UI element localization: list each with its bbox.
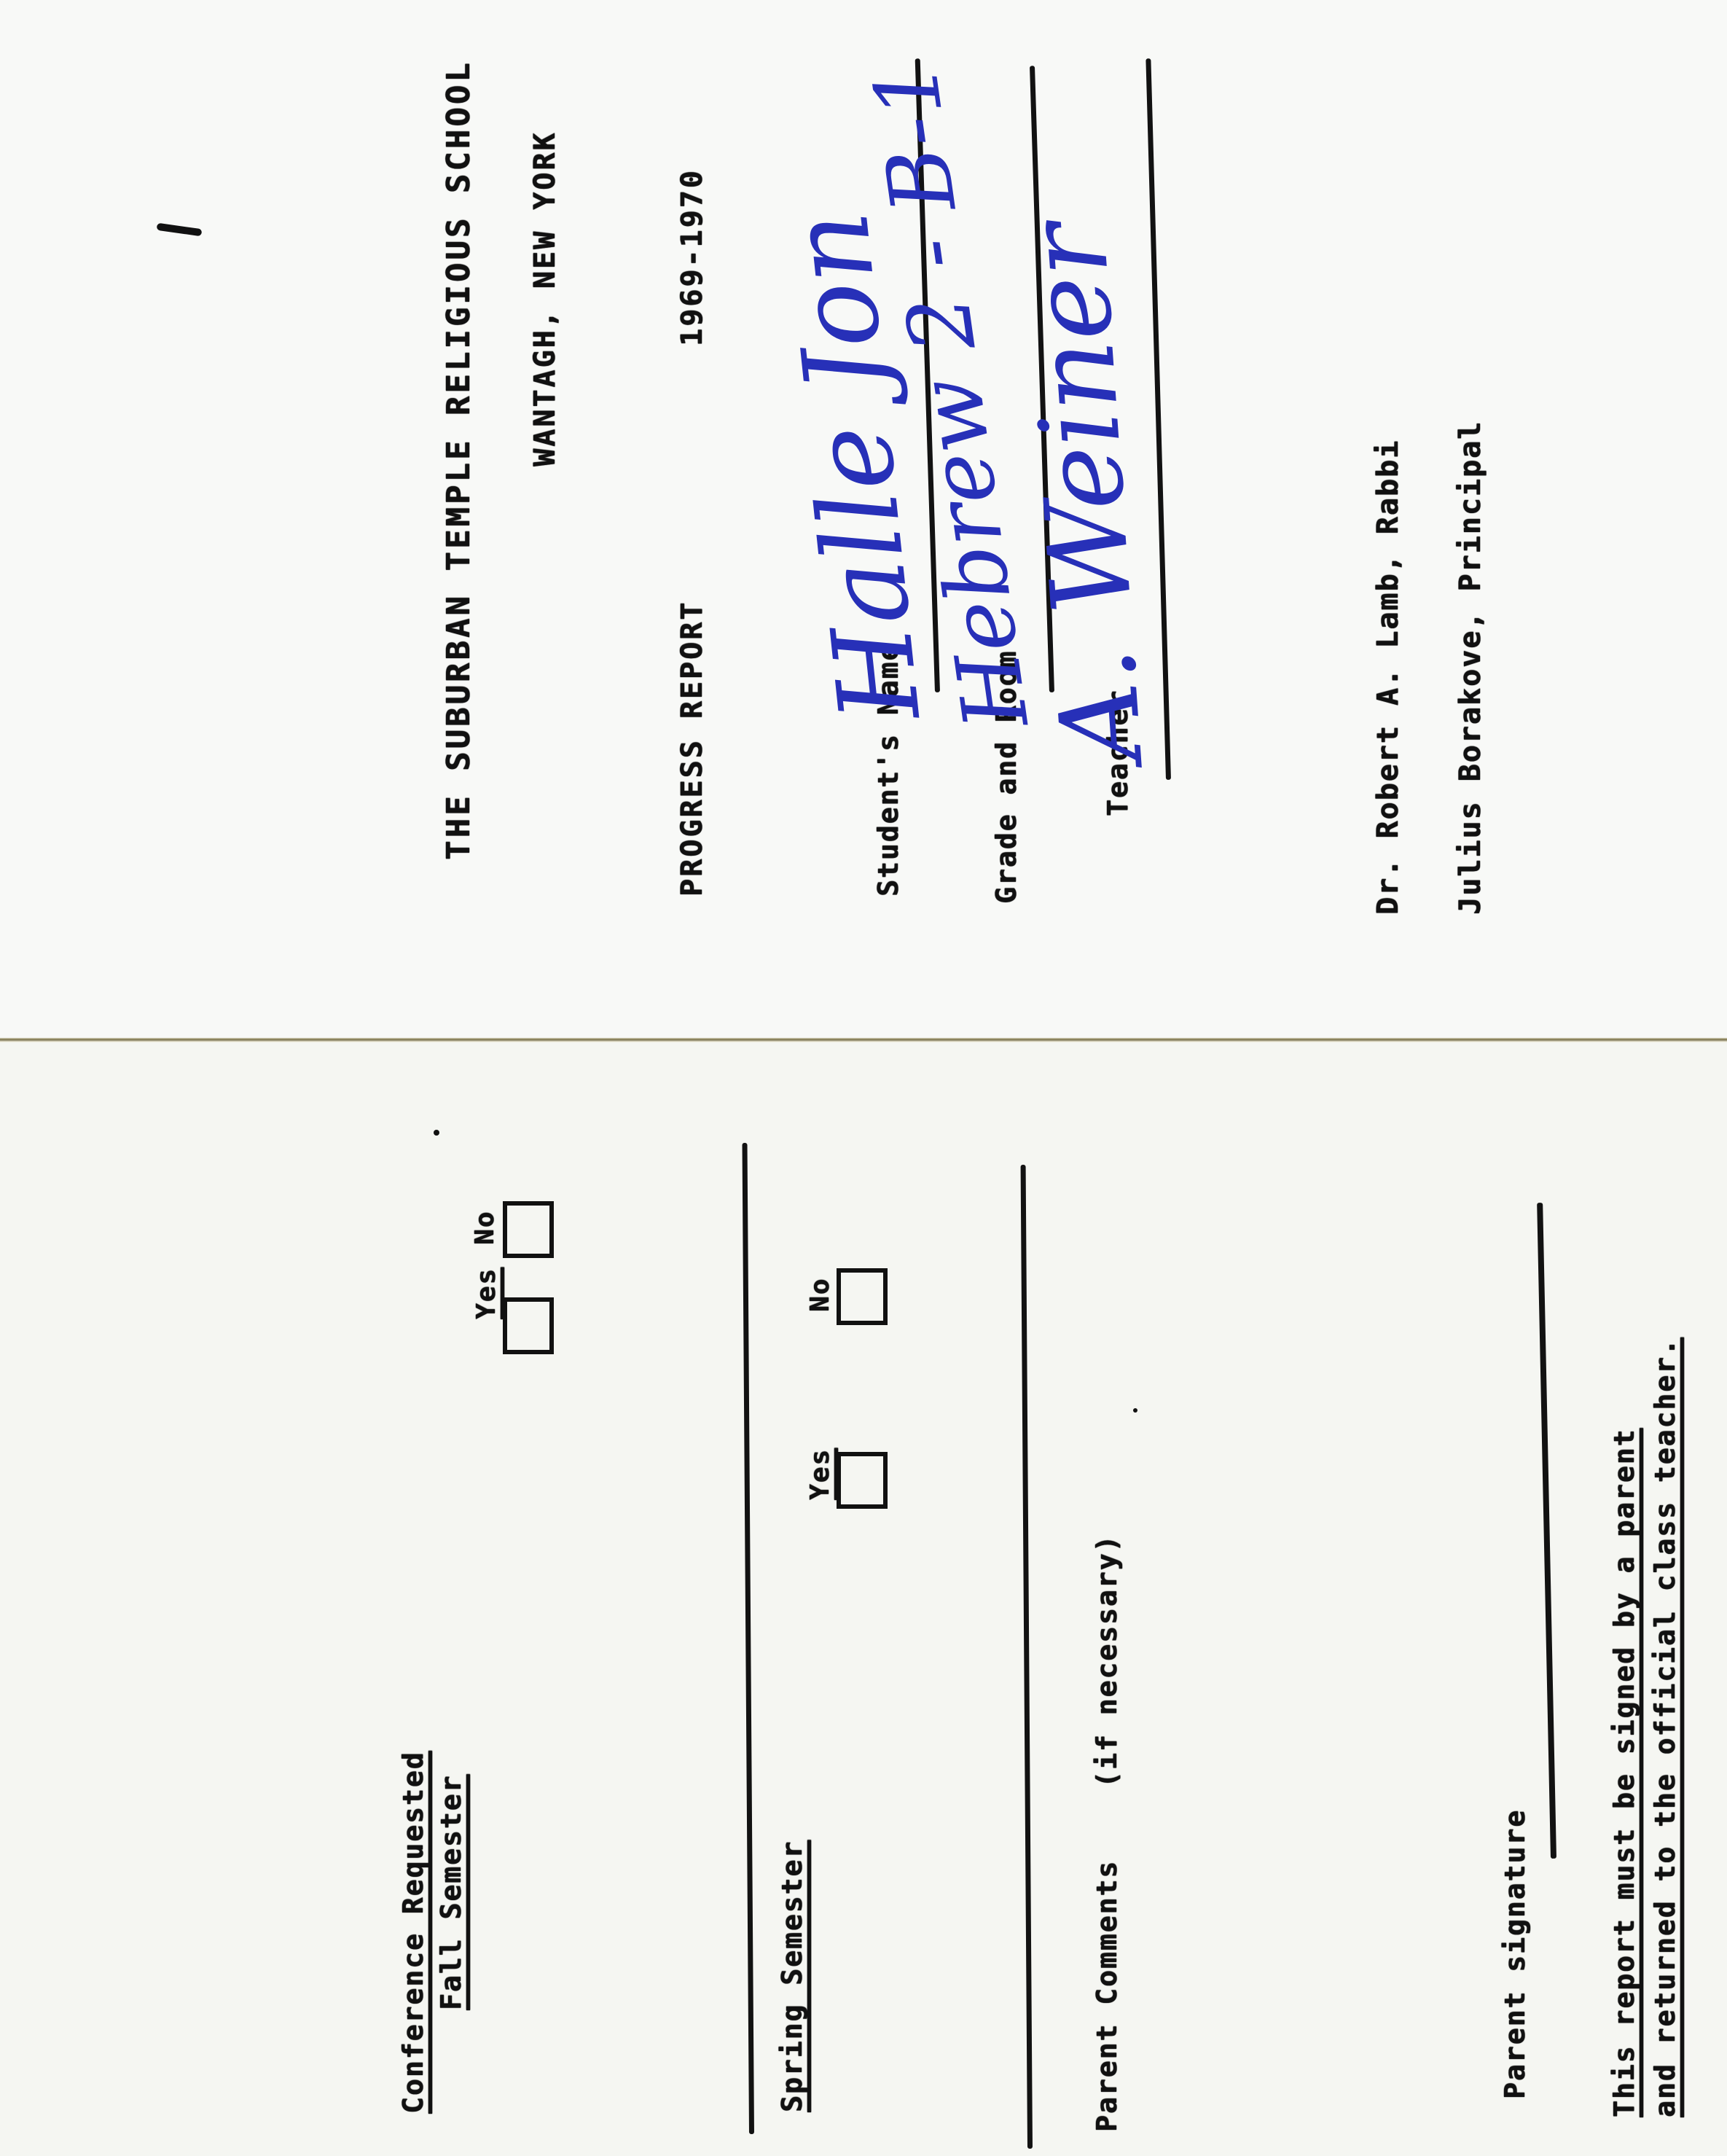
parent-comments-label: Parent Comments — [1093, 1860, 1121, 2132]
conference-requested-heading: Conference Requested — [399, 1751, 427, 2114]
spring-no-checkbox[interactable] — [837, 1268, 888, 1325]
parent-comments-note: (if necessary) — [1093, 1534, 1121, 1788]
stray-ink-mark — [157, 223, 203, 237]
spring-yes-label: Yes — [807, 1448, 834, 1500]
ink-speck — [1133, 1408, 1137, 1413]
school-name: THE SUBURBAN TEMPLE RELIGIOUS SCHOOL — [443, 60, 475, 860]
instruction-line-2: and returned to the official class teach… — [1651, 1337, 1679, 2117]
fall-yes-checkbox[interactable] — [503, 1297, 554, 1354]
fall-divider-line — [743, 1143, 754, 2134]
principal-name: Julius Borakove, Principal — [1456, 421, 1485, 915]
school-location: WANTAGH, NEW YORK — [530, 131, 560, 466]
report-title: PROGRESS REPORT — [678, 601, 707, 897]
ink-speck — [434, 1130, 439, 1136]
fall-no-checkbox[interactable] — [503, 1201, 554, 1258]
rabbi-name: Dr. Robert A. Lamb, Rabbi — [1374, 440, 1403, 915]
parent-signature-label: Parent signature — [1501, 1809, 1529, 2099]
fall-yes-label: Yes — [474, 1268, 500, 1319]
parent-signature-line[interactable] — [1537, 1203, 1556, 1859]
fall-no-label: No — [472, 1211, 498, 1245]
spring-divider-line — [1021, 1165, 1033, 2149]
spring-semester-label: Spring Semester — [778, 1840, 806, 2112]
school-year: 1969-1970 — [678, 168, 707, 346]
spring-yes-checkbox[interactable] — [837, 1452, 888, 1509]
fall-semester-label: Fall Semester — [437, 1775, 465, 2010]
report-back-panel: Conference Requested Fall Semester Yes N… — [0, 1042, 1727, 2156]
parent-comments-area[interactable] — [1137, 1114, 1472, 2134]
instruction-line-1: This report must be signed by a parent — [1610, 1429, 1638, 2117]
report-cover-panel: THE SUBURBAN TEMPLE RELIGIOUS SCHOOL WAN… — [0, 0, 1727, 1035]
spring-no-label: No — [807, 1278, 834, 1312]
